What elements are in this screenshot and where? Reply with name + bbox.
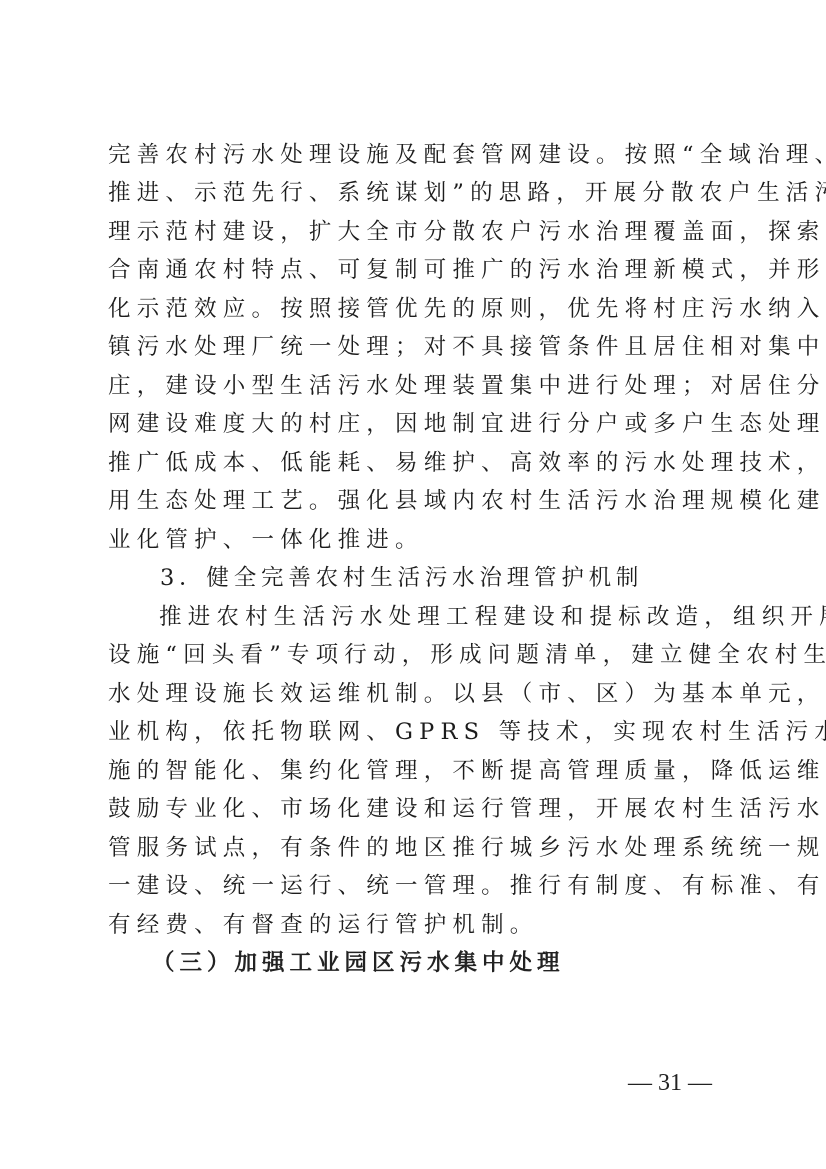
paragraph-line: 业化管护、一体化推进。 [108, 524, 720, 556]
paragraph-line: 一建设、统一运行、统一管理。推行有制度、有标准、有队伍、 [108, 870, 720, 902]
paragraph-line: 有经费、有督查的运行管护机制。 [108, 909, 720, 941]
paragraph-line: 推广低成本、低能耗、易维护、高效率的污水处理技术，鼓励采 [108, 447, 720, 479]
paragraph-line: 网建设难度大的村庄，因地制宜进行分户或多户生态处理。积极 [108, 408, 720, 440]
paragraph-line: 庄，建设小型生活污水处理装置集中进行处理；对居住分散或管 [108, 370, 720, 402]
document-page: 完善农村污水处理设施及配套管网建设。按照“全域治理、分片 推进、示范先行、系统谋… [0, 0, 826, 1169]
paragraph-line: 完善农村污水处理设施及配套管网建设。按照“全域治理、分片 [108, 139, 720, 171]
paragraph-line: 合南通农村特点、可复制可推广的污水治理新模式，并形成规模 [108, 254, 720, 286]
paragraph-line: 管服务试点，有条件的地区推行城乡污水处理系统统一规划、统 [108, 832, 720, 864]
paragraph-line: 化示范效应。按照接管优先的原则，优先将村庄污水纳入邻近城 [108, 293, 720, 325]
paragraph-line: 鼓励专业化、市场化建设和运行管理，开展农村生活污水治理托 [108, 793, 720, 825]
subheading: 3．健全完善农村生活污水治理管护机制 [160, 562, 772, 594]
paragraph-line: 推进、示范先行、系统谋划”的思路，开展分散农户生活污水治 [108, 177, 720, 209]
paragraph-line: 镇污水处理厂统一处理；对不具接管条件且居住相对集中的村 [108, 331, 720, 363]
section-heading: （三）加强工业园区污水集中处理 [152, 947, 764, 979]
paragraph-line: 设施“回头看”专项行动，形成问题清单，建立健全农村生活污 [108, 639, 720, 671]
paragraph-line: 水处理设施长效运维机制。以县（市、区）为基本单元，引进专 [108, 678, 720, 710]
paragraph-line: 理示范村建设，扩大全市分散农户污水治理覆盖面，探索实践符 [108, 216, 720, 248]
paragraph-line: 用生态处理工艺。强化县域内农村生活污水治理规模化建设、专 [108, 485, 720, 517]
paragraph-line: 业机构，依托物联网、GPRS 等技术，实现农村生活污水处理设 [108, 716, 720, 748]
paragraph-line: 施的智能化、集约化管理，不断提高管理质量，降低运维成本。 [108, 755, 720, 787]
page-number: — 31 — [628, 1068, 712, 1098]
paragraph-line: 推进农村生活污水处理工程建设和提标改造，组织开展已建 [159, 601, 720, 633]
